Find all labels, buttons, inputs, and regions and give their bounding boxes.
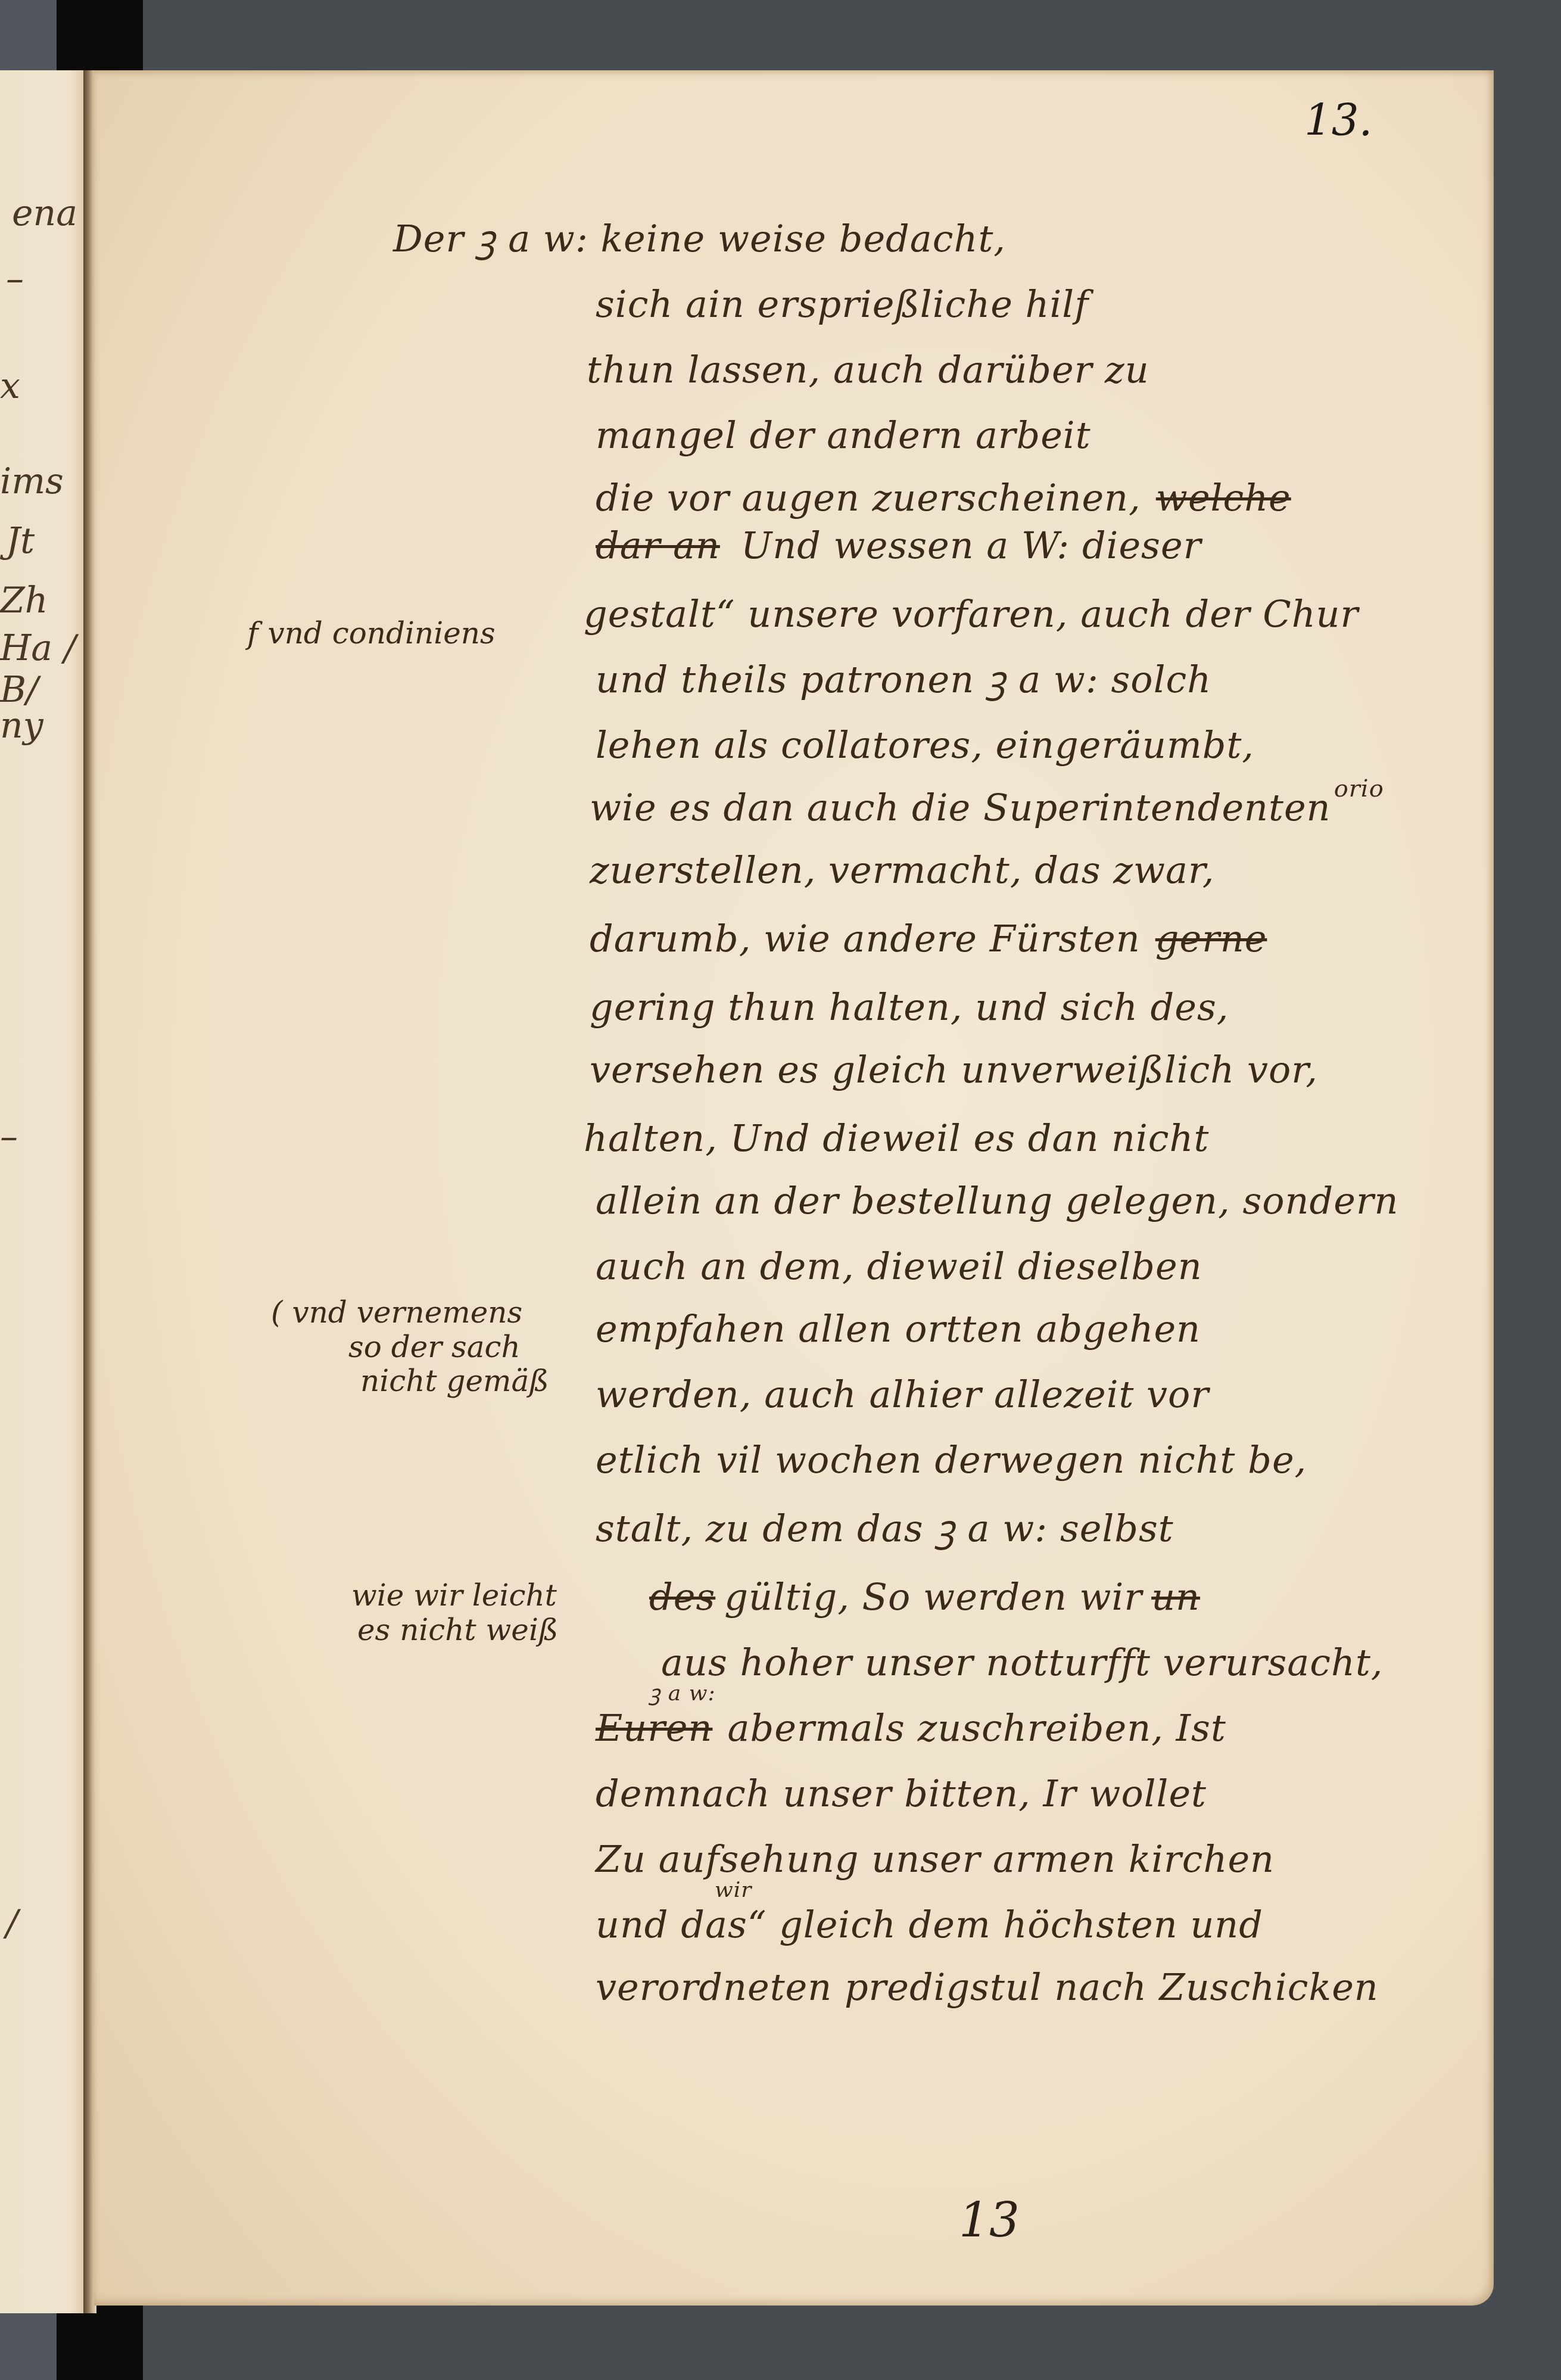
- left-page-text: Ha /: [0, 630, 76, 666]
- left-page-text: Zh: [0, 583, 48, 618]
- text-line: Zu aufsehung unser armen kirchen: [596, 1841, 1275, 1878]
- superscript-insertion: orio: [1334, 775, 1384, 802]
- left-page-text: Jt: [6, 523, 35, 559]
- text-line: gering thun halten, und sich des,: [590, 989, 1229, 1026]
- struck-word: welche: [1156, 476, 1291, 519]
- text-line: Der ꝫ a w: keine weise bedacht,: [393, 220, 1006, 257]
- folio-number: 13.: [1304, 95, 1373, 145]
- text-line: sich ain ersprießliche hilf: [596, 286, 1089, 323]
- left-page-text: –: [6, 261, 24, 297]
- text-line: etlich vil wochen derwegen nicht be,: [596, 1442, 1307, 1479]
- text-line: lehen als collatores, eingeräumbt,: [596, 727, 1254, 764]
- text-line: mangel der andern arbeit: [596, 417, 1091, 454]
- text-line: zuerstellen, vermacht, das zwar,: [590, 852, 1215, 889]
- superscript-insertion: wir: [715, 1880, 752, 1901]
- left-page-text: B/: [0, 672, 38, 708]
- left-page-fragment: ena – x ims Jt Zh Ha / B/ ny – /: [0, 70, 87, 2313]
- text-line: des gültig, So werden wir un: [649, 1579, 1200, 1616]
- text-line: darumb, wie andere Fürsten gerne: [590, 920, 1267, 957]
- text-line: auch an dem, dieweil dieselben: [596, 1248, 1202, 1285]
- text-line: demnach unser bitten, Ir wollet: [596, 1775, 1207, 1812]
- text-line: thun lassen, auch darüber zu: [587, 351, 1149, 388]
- left-page-text: ena: [12, 195, 77, 231]
- text-line: gestalt“ unsere vorfaren, auch der Chur: [584, 596, 1359, 633]
- struck-word: Euren: [596, 1706, 712, 1750]
- page-number-footer: 13: [959, 2192, 1020, 2248]
- text-line: versehen es gleich unverweißlich vor,: [590, 1051, 1318, 1088]
- text-line: die vor augen zuerscheinen, welche: [596, 480, 1291, 517]
- text-line: wie es dan auch die Superintendenten ori…: [590, 789, 1384, 826]
- text-line: allein an der bestellung gelegen, sonder…: [596, 1183, 1398, 1219]
- text-line: halten, Und dieweil es dan nicht: [584, 1120, 1209, 1157]
- text-line: dar an Und wessen a W: dieser: [596, 527, 1201, 564]
- left-page-text: /: [6, 1905, 18, 1941]
- margin-note: ( vnd vernemens so der sach nicht gemäß: [271, 1296, 549, 1399]
- text-line: aus hoher unser notturfft verursacht,: [661, 1644, 1384, 1681]
- text-line: wir und das“ gleich dem höchsten und: [596, 1906, 1263, 1943]
- text-line: verordneten predigstul nach Zuschicken: [596, 1969, 1379, 2006]
- superscript-insertion: ꝫ a w:: [649, 1683, 716, 1704]
- struck-word: un: [1151, 1575, 1200, 1619]
- struck-word: gerne: [1155, 917, 1267, 960]
- struck-word: dar an: [596, 524, 720, 567]
- left-page-text: ny: [0, 708, 43, 743]
- text-line: empfahen allen ortten abgehen: [596, 1311, 1201, 1348]
- margin-note: wie wir leicht es nicht weiß: [351, 1579, 558, 1647]
- margin-note: f vnd condiniens: [247, 617, 496, 651]
- left-page-text: –: [0, 1119, 18, 1155]
- text-line: ꝫ a w: Euren abermals zuschreiben, Ist: [596, 1710, 1226, 1747]
- left-page-text: ims: [0, 463, 64, 499]
- struck-word: des: [649, 1575, 715, 1619]
- text-line: und theils patronen ꝫ a w: solch: [596, 661, 1211, 698]
- text-line: stalt, zu dem das ꝫ a w: selbst: [596, 1510, 1174, 1547]
- left-page-text: x: [0, 368, 20, 404]
- text-line: werden, auch alhier allezeit vor: [596, 1376, 1209, 1413]
